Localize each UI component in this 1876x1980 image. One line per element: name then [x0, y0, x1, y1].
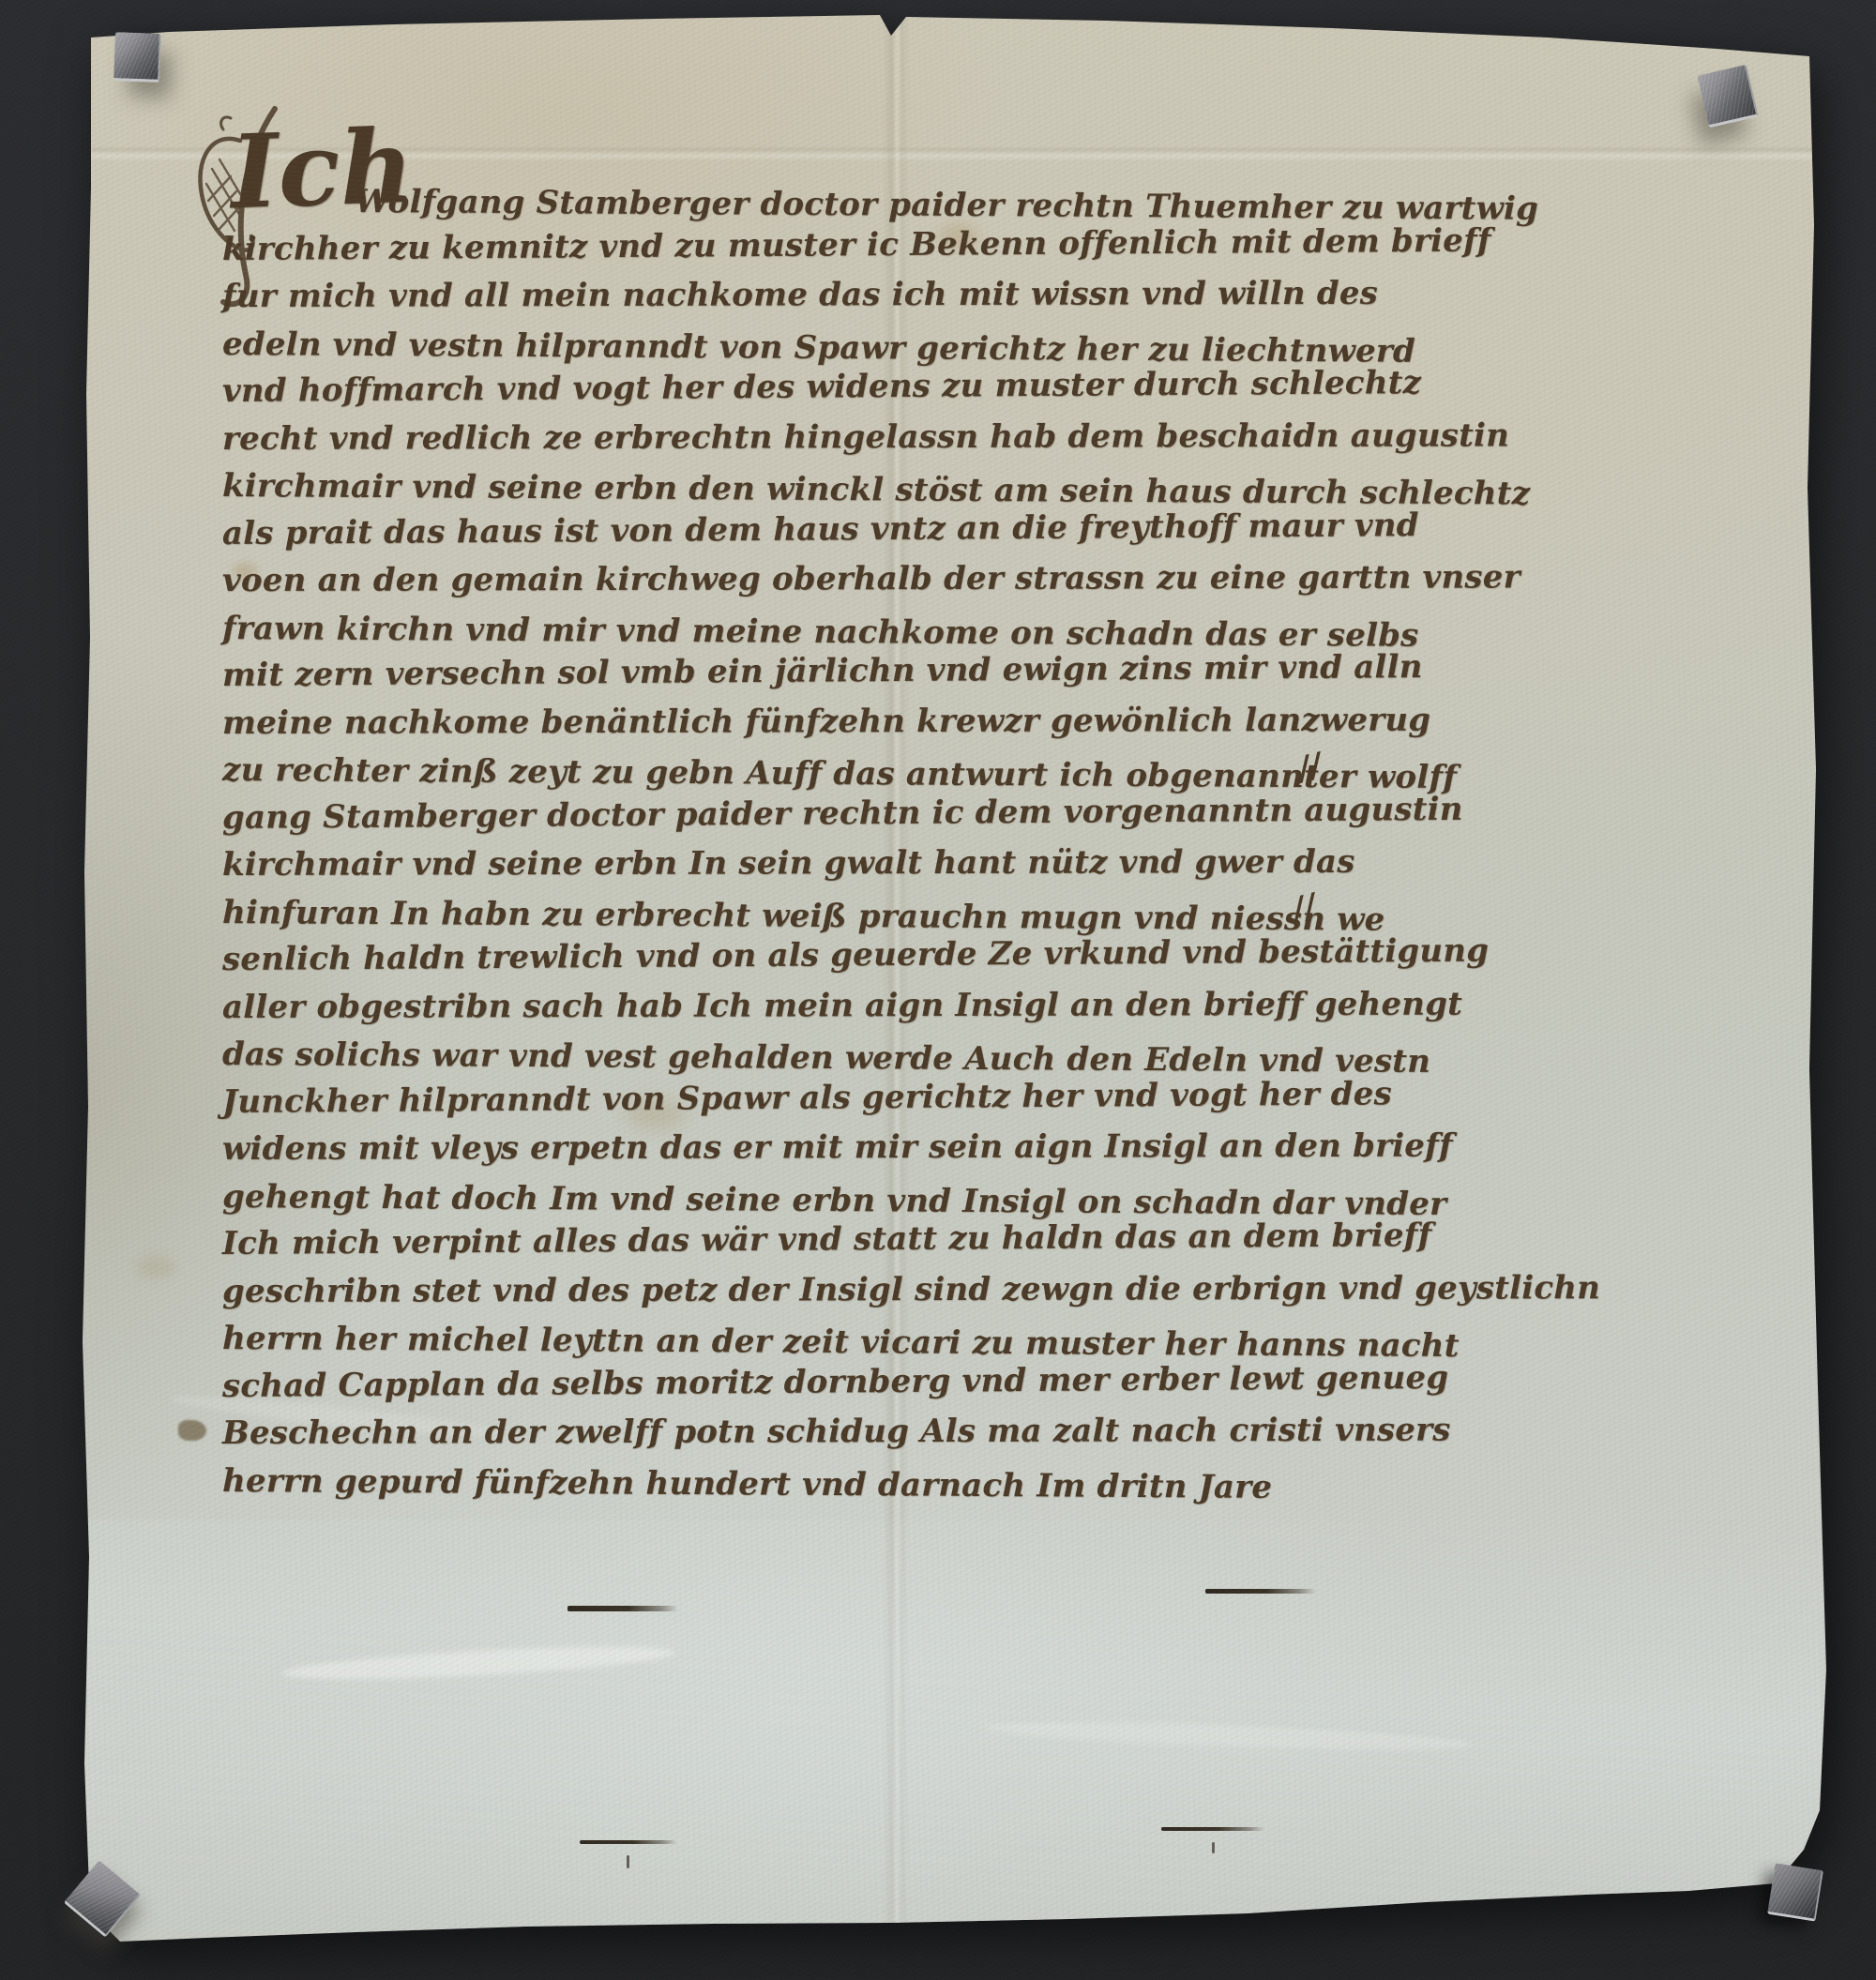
manuscript-line: als prait das haus ist von dem haus vntz… [222, 506, 1419, 558]
manuscript-line: schad Capplan da selbs moritz dornberg v… [222, 1359, 1449, 1411]
ink-blot [178, 1420, 206, 1441]
seal-slit [1161, 1827, 1264, 1831]
manuscript-line: vnd hoffmarch vnd vogt her des widens zu… [222, 364, 1421, 416]
stain [137, 1257, 174, 1277]
corner-weight-bottom-right [1767, 1863, 1823, 1921]
manuscript-line: fur mich vnd all mein nachkome das ich m… [222, 275, 1378, 321]
manuscript-line: voen an den gemain kirchweg oberhalb der… [222, 558, 1520, 605]
seal-slit [567, 1606, 678, 1611]
manuscript-line: aller obgestribn sach hab Ich mein aign … [222, 986, 1462, 1032]
parchment-wrapper: Ich Wolfgang Stamberger doctor paider re… [0, 0, 1876, 1980]
manuscript-line: meine nachkome benäntlich fünfzehn krewz… [222, 702, 1430, 748]
seal-slit [1205, 1589, 1316, 1594]
manuscript-line: kirchher zu kemnitz vnd zu muster ic Bek… [222, 222, 1491, 274]
seal-slit [580, 1840, 677, 1844]
corner-weight-top-left [113, 32, 161, 83]
manuscript-line: Beschechn an der zwelff potn schidug Als… [222, 1412, 1451, 1458]
photograph-of-charter: Ich Wolfgang Stamberger doctor paider re… [0, 0, 1876, 1980]
seal-slit-stitch [627, 1855, 629, 1868]
manuscript-line: widens mit vleys erpetn das er mit mir s… [222, 1127, 1453, 1173]
manuscript-line: geschribn stet vnd des petz der Insigl s… [222, 1269, 1600, 1316]
manuscript-line: senlich haldn trewlich vnd on als geuerd… [222, 932, 1489, 984]
manuscript-line: herrn gepurd fünfzehn hundert vnd darnac… [222, 1462, 1272, 1512]
manuscript-line: Junckher hilpranndt von Spawr als gerich… [222, 1075, 1392, 1126]
parchment: Ich Wolfgang Stamberger doctor paider re… [0, 0, 1876, 1980]
manuscript-line: kirchmair vnd seine erbn In sein gwalt h… [222, 843, 1355, 889]
manuscript-line: gang Stamberger doctor paider rechtn ic … [222, 791, 1463, 842]
manuscript-line: Ich mich verpint alles das wär vnd statt… [222, 1217, 1432, 1268]
manuscript-line: mit zern versechn sol vmb ein järlichn v… [222, 648, 1423, 700]
manuscript-line: recht vnd redlich ze erbrechtn hingelass… [222, 416, 1509, 463]
parchment-bottom-sheen [86, 1519, 1822, 1932]
seal-slit-stitch [1212, 1842, 1215, 1853]
